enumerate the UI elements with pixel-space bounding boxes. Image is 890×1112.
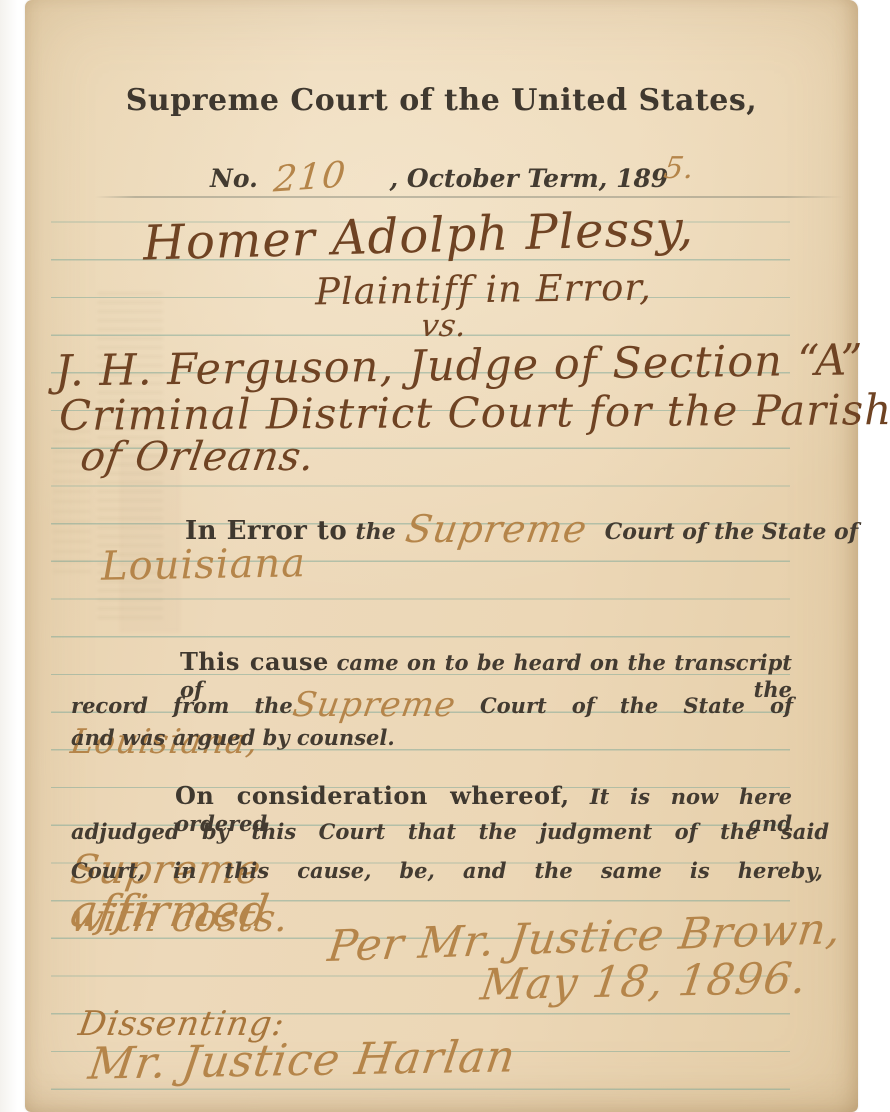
in-error-line: In Error to theSupremeCourt of the State…	[185, 507, 858, 545]
term-year-handwritten: 5.	[662, 154, 697, 184]
in-error-tail: Court of the State of	[605, 519, 858, 545]
defendant-line2-handwritten: Criminal District Court for the Parish	[59, 389, 890, 437]
dissenting-justice-handwritten: Mr. Justice Harlan	[86, 1035, 519, 1087]
document-page: Supreme Court of the United States, No.2…	[25, 0, 858, 1112]
order-line2-text: adjudged by this Court that the judgment…	[71, 819, 829, 844]
in-error-court-handwritten: Supreme	[403, 510, 590, 548]
order-lead: On consideration whereof,	[175, 781, 570, 810]
cause-lead: This cause	[180, 647, 329, 676]
cause-line2-pre: record from the	[71, 693, 293, 718]
decision-date-handwritten: May 18, 1896.	[478, 958, 810, 1008]
court-header-title: Supreme Court of the United States,	[25, 86, 858, 116]
cause-paragraph-line3: and was argued by counsel.	[71, 727, 395, 748]
in-error-state-handwritten: Louisiana	[101, 543, 307, 587]
docket-line: No.210, October Term, 1895.	[210, 158, 695, 194]
case-number-handwritten: 210	[272, 158, 348, 199]
order-costs-handwritten: with costs.	[68, 899, 292, 937]
in-error-the: the	[356, 519, 396, 545]
plaintiff-role-handwritten: Plaintiff in Error,	[315, 269, 652, 311]
plaintiff-name-handwritten: Homer Adolph Plessy,	[142, 204, 694, 267]
docket-no-label: No.	[210, 164, 258, 193]
versus-handwritten: vs.	[419, 311, 470, 342]
cause-line2-mid: Court of the State of	[480, 693, 793, 718]
defendant-line3-handwritten: of Orleans.	[78, 437, 318, 477]
scan-background: Supreme Court of the United States, No.2…	[0, 0, 890, 1112]
order-line3-text: Court, in this cause, be, and the same i…	[71, 858, 823, 883]
docket-underline	[95, 196, 843, 198]
docket-term-text: , October Term, 189	[390, 164, 669, 193]
cause-court-handwritten: Supreme	[290, 687, 459, 724]
